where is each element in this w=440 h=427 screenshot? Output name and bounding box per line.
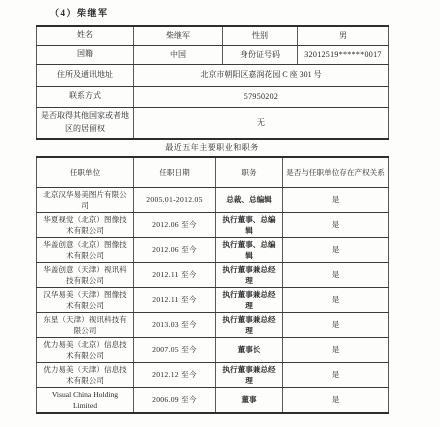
career-row: 华盖创意（北京）图像技术有限公司 2012.06 至今 执行董事、总编辑 是 — [37, 237, 389, 262]
career-position-cell: 执行董事兼总经理 — [216, 362, 283, 387]
field-value: 柴继军 — [134, 26, 223, 45]
career-company-cell: 优力易美（北京）信息技术有限公司 — [37, 337, 134, 362]
document-page: （4）柴继军 姓名 柴继军 性别 男 国籍 中国 身份证号码 32012519*… — [0, 0, 440, 427]
career-date-cell: 2012.06 至今 — [134, 237, 216, 262]
career-row: 优力易美（北京）信息技术有限公司 2007.05 至今 董事长 是 — [37, 337, 389, 362]
career-row: 华盖创意（天津）视讯科技有限公司 2012.11 至今 执行董事兼总经理 是 — [37, 262, 389, 287]
career-row: 汉华易美（天津）图像技术有限公司 2012.11 至今 执行董事兼总经理 是 — [37, 287, 389, 312]
career-date-cell: 2012.06 至今 — [134, 212, 216, 237]
field-label: 是否取得其他国家或者地区的居留权 — [37, 107, 134, 139]
career-company-cell: 北京汉华易美图片有限公司 — [37, 187, 134, 212]
career-row: 北京汉华易美图片有限公司 2005.01-2012.05 总裁、总编辑 是 — [37, 187, 389, 212]
career-ownership-cell: 是 — [283, 262, 389, 287]
field-value: 无 — [134, 107, 389, 139]
career-position-cell: 董事长 — [216, 337, 283, 362]
field-value: 中国 — [134, 45, 223, 64]
field-label: 联系方式 — [37, 86, 134, 107]
career-date-cell: 2012.12 至今 — [134, 362, 216, 387]
personal-info-table: 姓名 柴继军 性别 男 国籍 中国 身份证号码 32012519******00… — [36, 25, 389, 140]
field-value: 32012519******0017 — [298, 45, 389, 64]
career-ownership-cell: 是 — [283, 187, 389, 212]
field-label: 国籍 — [37, 45, 134, 64]
career-ownership-cell: 是 — [283, 287, 389, 312]
info-row: 姓名 柴继军 性别 男 — [37, 26, 389, 45]
career-position-cell: 执行董事兼总经理 — [216, 312, 283, 337]
info-row: 联系方式 57950202 — [37, 86, 389, 107]
career-company-cell: 华盖创意（北京）图像技术有限公司 — [37, 237, 134, 262]
career-ownership-cell: 是 — [283, 362, 389, 387]
career-company-cell: 东星（天津）视讯科技有限公司 — [37, 312, 134, 337]
career-row: Visual China Holding Limited 2006.09 至今 … — [37, 387, 389, 413]
field-value: 男 — [298, 26, 389, 45]
career-ownership-cell: 是 — [283, 212, 389, 237]
career-date-cell: 2012.11 至今 — [134, 287, 216, 312]
field-label: 性别 — [223, 26, 298, 45]
career-position-cell: 董事 — [216, 387, 283, 413]
field-label: 姓名 — [37, 26, 134, 45]
career-ownership-cell: 是 — [283, 337, 389, 362]
career-table: 任职单位 任职日期 职务 是否与任职单位存在产权关系 北京汉华易美图片有限公司 … — [36, 156, 389, 414]
career-row: 东星（天津）视讯科技有限公司 2013.03 至今 执行董事兼总经理 是 — [37, 312, 389, 337]
career-date-cell: 2007.05 至今 — [134, 337, 216, 362]
career-position-cell: 总裁、总编辑 — [216, 187, 283, 212]
career-position-cell: 执行董事兼总经理 — [216, 287, 283, 312]
career-row: 优力易美（天津）信息技术有限公司 2012.12 至今 执行董事兼总经理 是 — [37, 362, 389, 387]
career-ownership-cell: 是 — [283, 237, 389, 262]
info-row: 国籍 中国 身份证号码 32012519******0017 — [37, 45, 389, 64]
info-row: 住所及通讯地址 北京市朝阳区嘉润花园 C 座 301 号 — [37, 64, 389, 86]
career-company-cell: 优力易美（天津）信息技术有限公司 — [37, 362, 134, 387]
career-position-cell: 执行董事、总编辑 — [216, 237, 283, 262]
career-date-cell: 2006.09 至今 — [134, 387, 216, 413]
career-col-header: 职务 — [216, 157, 283, 187]
career-company-cell: Visual China Holding Limited — [37, 387, 134, 413]
career-date-cell: 2005.01-2012.05 — [134, 187, 216, 212]
field-label: 身份证号码 — [223, 45, 298, 64]
field-label: 住所及通讯地址 — [37, 64, 134, 86]
career-col-header: 任职日期 — [134, 157, 216, 187]
career-date-cell: 2013.03 至今 — [134, 312, 216, 337]
field-value: 57950202 — [134, 86, 389, 107]
field-value: 北京市朝阳区嘉润花园 C 座 301 号 — [134, 64, 389, 86]
career-caption: 最近五年主要职业和职务 — [36, 142, 388, 153]
career-company-cell: 华盖创意（天津）视讯科技有限公司 — [37, 262, 134, 287]
career-col-header: 是否与任职单位存在产权关系 — [283, 157, 389, 187]
career-ownership-cell: 是 — [283, 312, 389, 337]
info-row: 是否取得其他国家或者地区的居留权 无 — [37, 107, 389, 139]
career-row: 华夏视觉（北京）图像技术有限公司 2012.06 至今 执行董事、总编辑 是 — [37, 212, 389, 237]
career-col-header: 任职单位 — [37, 157, 134, 187]
career-ownership-cell: 是 — [283, 387, 389, 413]
career-date-cell: 2012.11 至今 — [134, 262, 216, 287]
career-position-cell: 执行董事兼总经理 — [216, 262, 283, 287]
career-position-cell: 执行董事、总编辑 — [216, 212, 283, 237]
doc-title: （4）柴继军 — [50, 6, 109, 19]
career-company-cell: 汉华易美（天津）图像技术有限公司 — [37, 287, 134, 312]
career-company-cell: 华夏视觉（北京）图像技术有限公司 — [37, 212, 134, 237]
career-header-row: 任职单位 任职日期 职务 是否与任职单位存在产权关系 — [37, 157, 389, 187]
